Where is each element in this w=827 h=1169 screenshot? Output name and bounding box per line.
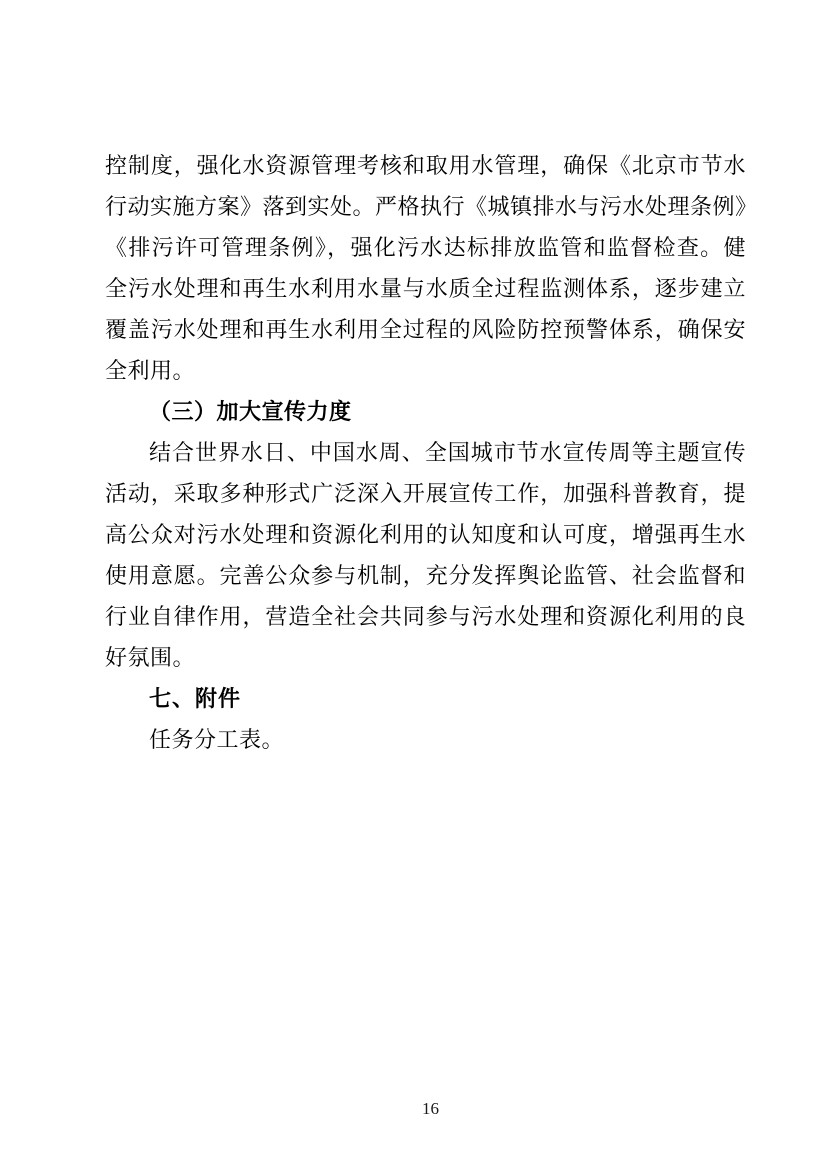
paragraph-line: 覆盖污水处理和再生水利用全过程的风险防控预警体系，确保安 — [105, 309, 746, 350]
document-page: 控制度，强化水资源管理考核和取用水管理，确保《北京市节水 行动实施方案》落到实处… — [0, 0, 827, 1169]
paragraph-line: 使用意愿。完善公众参与机制，充分发挥舆论监管、社会监督和 — [105, 555, 746, 596]
paragraph-line: 全利用。 — [105, 350, 746, 391]
paragraph-line: 《排污许可管理条例》，强化污水达标排放监管和监督检查。健 — [105, 227, 746, 268]
paragraph-publicity: 结合世界水日、中国水周、全国城市节水宣传周等主题宣传 活动，采取多种形式广泛深入… — [105, 432, 746, 678]
paragraph-line: 控制度，强化水资源管理考核和取用水管理，确保《北京市节水 — [105, 145, 746, 186]
paragraph-line: 结合世界水日、中国水周、全国城市节水宣传周等主题宣传 — [105, 432, 746, 473]
paragraph-line: 高公众对污水处理和资源化利用的认知度和认可度，增强再生水 — [105, 514, 746, 555]
paragraph-line: 行动实施方案》落到实处。严格执行《城镇排水与污水处理条例》 — [105, 186, 746, 227]
paragraph-line: 好氛围。 — [105, 637, 746, 678]
section-heading-publicity: （三）加大宣传力度 — [105, 391, 746, 432]
page-number: 16 — [0, 1098, 827, 1120]
paragraph-line: 全污水处理和再生水利用水量与水质全过程监测体系，逐步建立 — [105, 268, 746, 309]
section-heading-attachment: 七、附件 — [105, 678, 746, 719]
paragraph-attachment-note: 任务分工表。 — [105, 719, 746, 760]
paragraph-line: 活动，采取多种形式广泛深入开展宣传工作，加强科普教育，提 — [105, 473, 746, 514]
document-body: 控制度，强化水资源管理考核和取用水管理，确保《北京市节水 行动实施方案》落到实处… — [105, 145, 746, 760]
paragraph-line: 行业自律作用，营造全社会共同参与污水处理和资源化利用的良 — [105, 596, 746, 637]
paragraph-pollution-control: 控制度，强化水资源管理考核和取用水管理，确保《北京市节水 行动实施方案》落到实处… — [105, 145, 746, 391]
